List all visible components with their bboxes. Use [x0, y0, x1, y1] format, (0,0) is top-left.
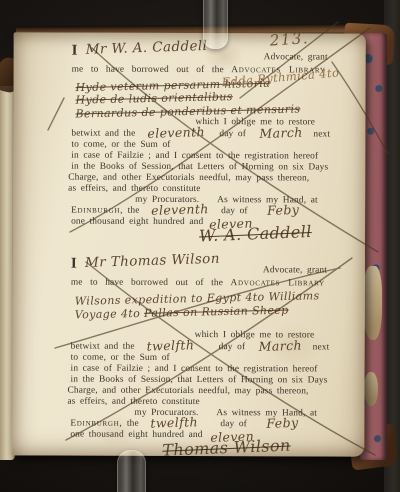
borrow-entry-wilson: I Mr Thomas Wilson Advocate, grant me to… [70, 258, 363, 471]
form-thousand-line: one thousand eight hundred and [70, 430, 202, 440]
book-title-struck: Pallas on Russian Sheep [144, 304, 289, 320]
form-day-of: day of [219, 342, 246, 352]
form-charge-line: Charge, and other Executorials needful, … [67, 386, 308, 397]
handwritten-restore-day: eleventh [147, 124, 205, 141]
signature-struck: Thomas Wilson [162, 436, 291, 460]
book-title-kept: Voyage 4to [75, 307, 141, 321]
form-charge-line: Charge, and other Executorials needful, … [68, 173, 309, 184]
form-opening-i: I [72, 43, 79, 60]
handwritten-borrower-name: Mr Thomas Wilson [85, 251, 220, 271]
form-betwixt-text: betwixt and the [71, 129, 135, 139]
signature-struck: W. A. Caddell [199, 222, 312, 246]
torn-paper-patch [362, 266, 382, 340]
form-betwixt-line: betwixt and the [71, 129, 135, 139]
form-opening-i: I [71, 256, 78, 273]
handwritten-restore-day: twelfth [146, 337, 194, 353]
form-effeirs-line: as effeirs, and thereto constitute [68, 184, 200, 194]
form-edinburgh-word: Edinburgh, [71, 206, 123, 216]
form-advocate-grant: Advocate, grant [264, 52, 328, 62]
form-thousand-line: one thousand eight hundred and [71, 217, 203, 227]
form-edinburgh-line: Edinburgh, the [71, 206, 139, 216]
photo-borrowing-register: 213. I Mr W. A. Caddell Advocate, grant … [0, 0, 400, 492]
form-borrowed-text: me to have borrowed out of the [71, 278, 223, 289]
form-day-of: day of [221, 206, 248, 216]
handwritten-restore-month: March [259, 125, 303, 141]
register-page: 213. I Mr W. A. Caddell Advocate, grant … [12, 32, 365, 456]
form-day-of: day of [219, 129, 246, 139]
form-edinburgh-line: Edinburgh, the [70, 419, 138, 429]
form-advocate-grant: Advocate, grant [263, 265, 327, 275]
handwritten-signed-day: eleventh [151, 201, 209, 218]
form-edinburgh-word: Edinburgh, [70, 419, 122, 429]
form-session-line: in the Books of Session, that Letters of… [71, 162, 328, 173]
handwritten-signed-month: Feby [266, 415, 299, 431]
torn-paper-patch-small [364, 372, 378, 406]
form-betwixt-text: betwixt and the [71, 342, 135, 352]
form-the-word: the [127, 419, 139, 429]
form-betwixt-line: betwixt and the [71, 342, 135, 352]
form-next-word: next [313, 129, 330, 139]
book-strap-bottom [117, 450, 146, 492]
handwritten-signed-month: Feby [267, 202, 300, 218]
handwritten-signed-day: twelfth [150, 414, 198, 430]
handwritten-restore-month: March [258, 338, 302, 354]
form-day-of: day of [220, 419, 247, 429]
form-next-word: next [313, 342, 330, 352]
form-library-name: Advocates Library [231, 278, 325, 288]
form-the-word: the [128, 206, 140, 216]
form-to-come-line: to come, or the Sum of [71, 140, 170, 150]
form-failzie-line: in case of Failzie ; and I consent to th… [71, 151, 318, 162]
handwritten-borrower-name: Mr W. A. Caddell [85, 38, 207, 58]
form-failzie-line: in case of Failzie ; and I consent to th… [71, 364, 318, 375]
book-strap-top [203, 0, 228, 49]
form-to-come-line: to come, or the Sum of [71, 353, 170, 363]
form-session-line: in the Books of Session, that Letters of… [71, 375, 328, 386]
form-borrowed-text: me to have borrowed out of the [72, 65, 224, 76]
form-borrowed-line: me to have borrowed out of the Advocates… [71, 278, 325, 289]
borrow-entry-caddell: I Mr W. A. Caddell Advocate, grant me to… [71, 45, 364, 258]
form-effeirs-line: as effeirs, and thereto constitute [67, 397, 199, 407]
